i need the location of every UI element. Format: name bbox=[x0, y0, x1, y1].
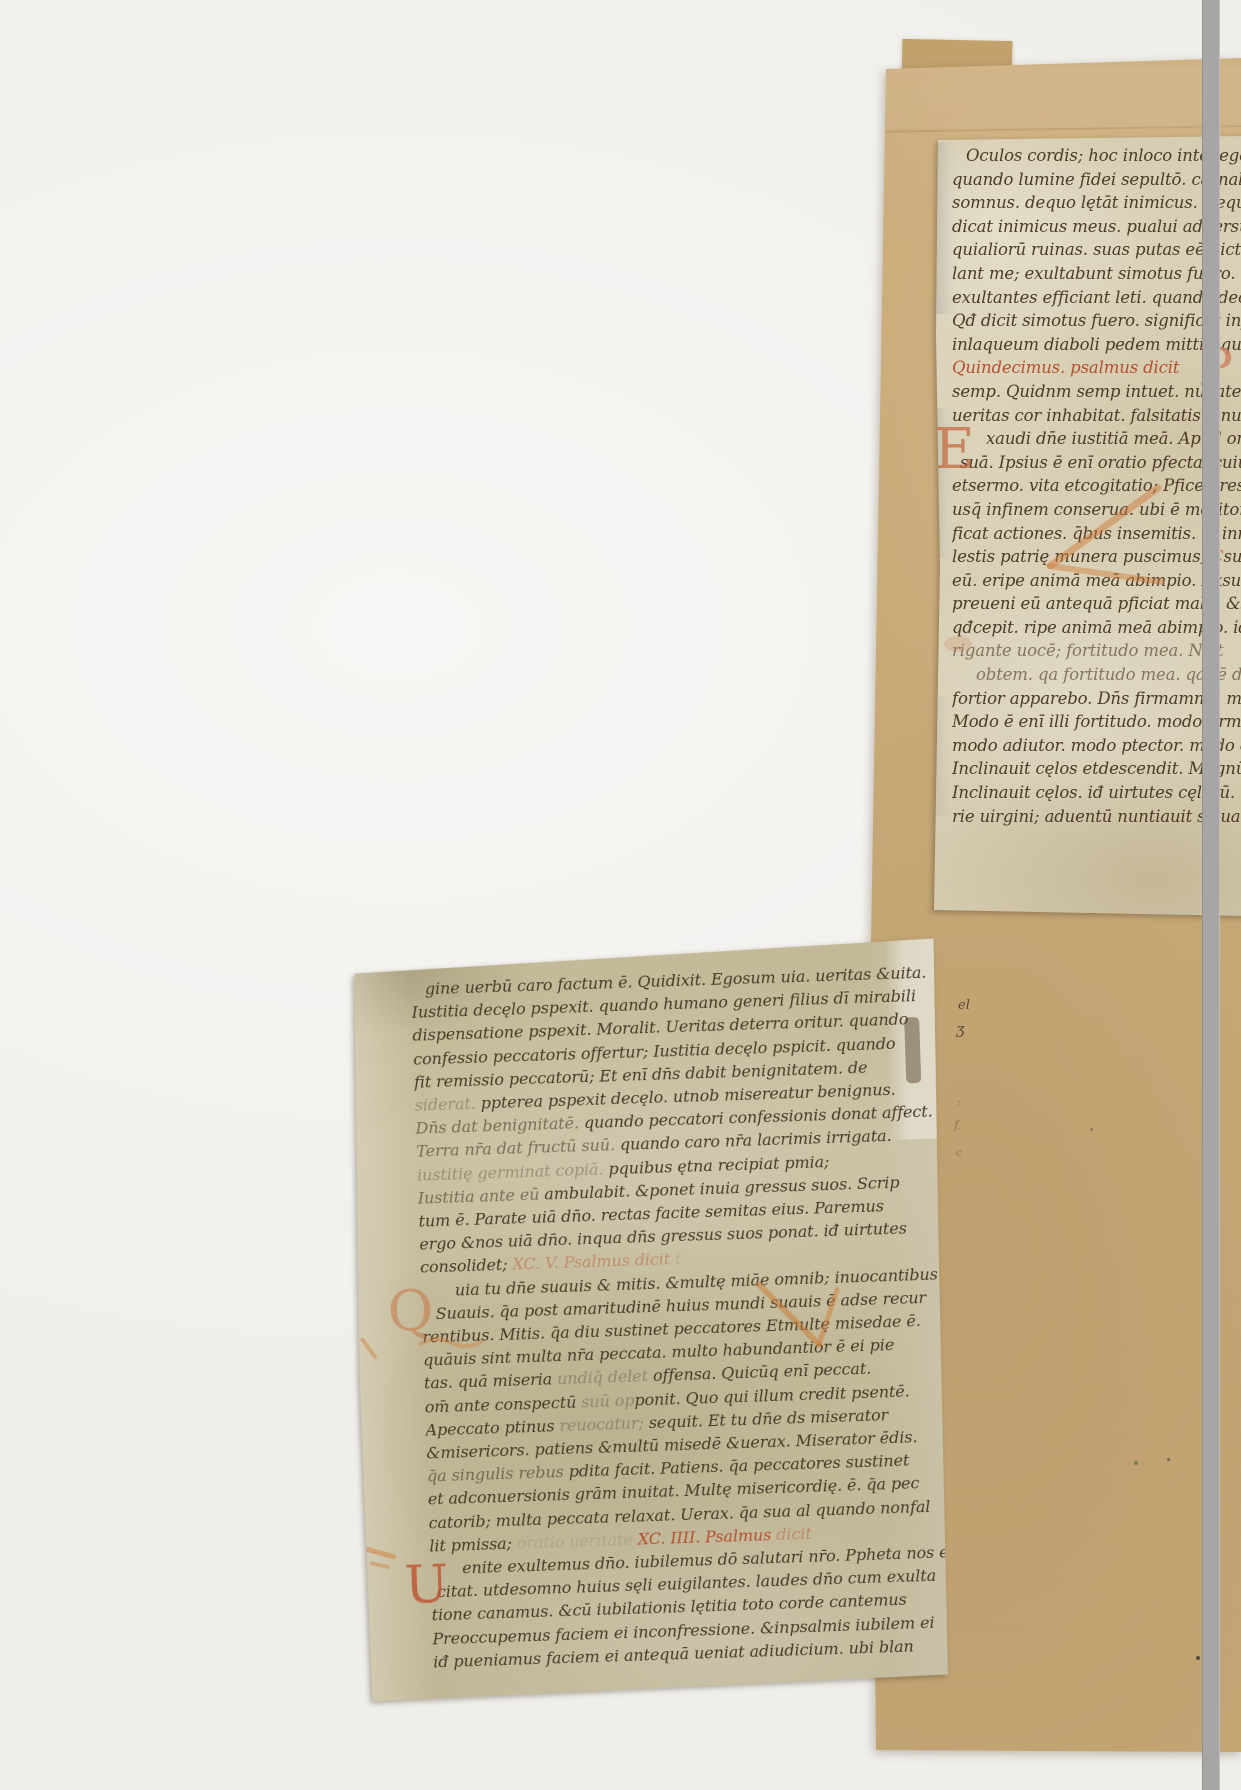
text-segment: Oculos cordis; hoc inloco intellegere de… bbox=[966, 146, 1241, 165]
text-segment: dicat inimicus meus. pualui aduersus eū … bbox=[952, 217, 1241, 236]
manuscript-text-line: Modo ē enī illi fortitudo. modo firmamnt… bbox=[952, 710, 1241, 734]
parchment-surface: gine uerbū caro factum ē. Quidixit. Egos… bbox=[346, 938, 958, 1701]
text-segment: Modo ē enī illi fortitudo. modo firmamnt… bbox=[952, 712, 1241, 731]
text-segment: eū. eripe animā meā abimpio. Exsurge c bbox=[952, 571, 1241, 590]
text-segment: undiq̄ delet bbox=[557, 1366, 653, 1388]
manuscript-text-line: quialiorū ruinas. suas putas eē uictoria… bbox=[952, 238, 1241, 262]
text-segment: somnus. dequo lętāt inimicus. Dequo inim… bbox=[952, 193, 1241, 212]
text-segment: t bbox=[670, 1249, 682, 1268]
text-segment: exultantes efficiant leti. quando decept… bbox=[952, 288, 1241, 307]
manuscript-text-line: somnus. dequo lętāt inimicus. Dequo inim… bbox=[952, 191, 1241, 215]
text-segment: Dn̄s dat benignitatē. bbox=[415, 1113, 584, 1138]
text-segment: suū op bbox=[581, 1390, 635, 1411]
folder-gloss-mark: : bbox=[957, 1096, 961, 1109]
text-segment: ficat actiones. q̄bus insemitis. iđ inma… bbox=[952, 524, 1241, 543]
orange-pen-stroke bbox=[372, 1563, 388, 1568]
manuscript-text-line: dicat inimicus meus. pualui aduersus eū … bbox=[952, 215, 1241, 239]
text-segment: quialiorū ruinas. suas putas eē uictoria… bbox=[952, 240, 1241, 259]
manuscript-text-line: eū. eripe animā meā abimpio. Exsurge c bbox=[952, 569, 1241, 593]
text-segment: tas. quā miseria bbox=[424, 1370, 558, 1393]
folder-gloss-mark: c bbox=[956, 1146, 962, 1159]
manuscript-leaf-lower: gine uerbū caro factum ē. Quidixit. Egos… bbox=[346, 938, 958, 1701]
manuscript-text-line: lestis patrię munera puscimus; Csurge bbox=[952, 545, 1241, 569]
paper-speck bbox=[1196, 1656, 1200, 1660]
text-segment: oratio ueritate bbox=[512, 1529, 639, 1552]
photo-backdrop: { "photo": { "background_color": "#f4f3f… bbox=[0, 0, 1241, 1790]
text-segment: q̄a singulis rebus bbox=[427, 1462, 569, 1486]
orange-pen-stroke bbox=[362, 1339, 375, 1357]
manuscript-text-line: exultantes efficiant leti. quando decept… bbox=[952, 286, 1241, 310]
paper-speck bbox=[1134, 1461, 1138, 1465]
text-segment: lit pmissa; bbox=[429, 1534, 512, 1556]
orange-pen-stroke bbox=[367, 1549, 393, 1558]
text-segment: modo adiutor. modo ptector. modo cornu bbox=[952, 736, 1241, 755]
manuscript-text-line: modo adiutor. modo ptector. modo cornu bbox=[952, 734, 1241, 758]
manuscript-page-top: Oculos cordis; hoc inloco intellegere de… bbox=[930, 136, 1241, 916]
manuscript-text-line: Qđ dicit simotus fuero. significat infid… bbox=[952, 309, 1241, 333]
text-segment: Qđ dicit simotus fuero. significat infid… bbox=[952, 311, 1241, 330]
manuscript-text-line: suā. Ipsius ē enī oratio pfecta. cuius e… bbox=[952, 451, 1241, 475]
text-segment: consolidet; bbox=[420, 1255, 513, 1277]
text-segment: Quindecimus. psalmus dicit bbox=[952, 358, 1179, 377]
text-segment: Apeccato ptinus bbox=[425, 1416, 560, 1439]
manuscript-text-line: ficat actiones. q̄bus insemitis. iđ inma… bbox=[952, 522, 1241, 546]
text-segment: fortior apparebo. Dn̄s firmamntū meū &re bbox=[952, 689, 1241, 708]
text-segment: suā. Ipsius ē enī oratio pfecta. cuius e… bbox=[960, 453, 1241, 472]
text-segment: Inclinauit cęlos. iđ uirtutes cęlorū. qu… bbox=[952, 783, 1241, 802]
folder-gloss-mark: f. bbox=[954, 1118, 962, 1132]
folder-top-band bbox=[878, 66, 1241, 128]
manuscript-text-line: quando lumine fidei sepultō. carnali del… bbox=[952, 168, 1241, 192]
manuscript-text-line: Inclinauit cęlos etdescendit. Magnū sacr… bbox=[952, 757, 1241, 781]
rubric-initial-U: U bbox=[404, 1559, 450, 1612]
manuscript-text-line: preueni eū antequā pficiat malū; &subpl bbox=[952, 592, 1241, 616]
text-column: Oculos cordis; hoc inloco intellegere de… bbox=[952, 144, 1241, 828]
manuscript-text-line: qđcepit. ripe animā meā abimpio. iđ ad bbox=[952, 616, 1241, 640]
manuscript-text-line: Oculos cordis; hoc inloco intellegere de… bbox=[952, 144, 1241, 168]
manuscript-text-line: usq̄ infinem conserua. ubi ē meritorū pf… bbox=[952, 498, 1241, 522]
text-segment: siderat. bbox=[414, 1094, 481, 1115]
text-segment: reuocatur; bbox=[559, 1413, 649, 1435]
text-segment: qđcepit. ripe animā meā abimpio. iđ ad bbox=[952, 618, 1241, 637]
manuscript-text-line: Inclinauit cęlos. iđ uirtutes cęlorū. qu… bbox=[952, 781, 1241, 805]
text-column: gine uerbū caro factum ē. Quidixit. Egos… bbox=[411, 961, 954, 1674]
edge-damage-patch bbox=[930, 696, 948, 816]
text-segment: preueni eū antequā pficiat malū; &subpl bbox=[952, 594, 1241, 613]
text-segment: surge bbox=[1224, 547, 1241, 566]
text-segment: om̄ ante conspectū bbox=[424, 1392, 581, 1416]
manuscript-text-line: etsermo. vita etcogitatio; Pfice gressus… bbox=[952, 474, 1241, 498]
rubric-initial-E: E bbox=[934, 422, 975, 478]
text-segment: quando lumine fidei sepultō. carnali del… bbox=[952, 170, 1241, 189]
text-segment: dicit bbox=[771, 1524, 812, 1544]
manuscript-text-line: obtem. qa fortitudo mea. qa tē dor bbox=[952, 663, 1241, 687]
parchment-surface: Oculos cordis; hoc inloco intellegere de… bbox=[930, 136, 1241, 916]
text-segment: XC. V. Psalmus dicit bbox=[512, 1250, 670, 1274]
rubric-initial-Q: Q bbox=[387, 1283, 435, 1340]
text-segment: XC. IIII. Psalmus bbox=[637, 1525, 771, 1548]
manuscript-text-line: lant me; exultabunt simotus fuero. Talis… bbox=[952, 262, 1241, 286]
manuscript-text-line: xaudi dn̄e iustitiā meā. Apud om̄ ce bbox=[952, 427, 1241, 451]
scrollbar-track[interactable] bbox=[1202, 0, 1220, 1790]
text-segment: lestis patrię munera puscimus; bbox=[952, 547, 1211, 566]
folder-gloss-mark: ʒ bbox=[956, 1020, 964, 1038]
manuscript-text-line: rigante uocē; fortitudo mea. N. it bbox=[952, 639, 1241, 663]
text-segment: etsermo. vita etcogitatio; Pfice gressus… bbox=[952, 476, 1241, 495]
text-segment: ueritas cor inhabitat. falsitatis ianuam… bbox=[952, 406, 1241, 425]
manuscript-text-line: rie uirgini; aduentū nuntiauit saluat bbox=[952, 805, 1241, 829]
text-segment: rigante uocē; fortitudo mea. N. it bbox=[952, 641, 1223, 660]
manuscript-text-line: fortior apparebo. Dn̄s firmamntū meū &re bbox=[952, 687, 1241, 711]
paper-speck bbox=[1090, 1128, 1093, 1131]
text-segment: Iustitia ante eū bbox=[418, 1184, 545, 1207]
text-segment: rie uirgini; aduentū nuntiauit saluat bbox=[952, 807, 1241, 826]
text-segment: usq̄ infinem conserua. ubi ē meritorū pf… bbox=[952, 500, 1241, 519]
paper-speck bbox=[1167, 1458, 1170, 1461]
manuscript-text-line: ueritas cor inhabitat. falsitatis ianuam… bbox=[952, 404, 1241, 428]
text-segment: lant me; exultabunt simotus fuero. Talis… bbox=[952, 264, 1241, 283]
folder-gloss-mark: el bbox=[958, 998, 970, 1013]
text-segment: Inclinauit cęlos etdescendit. Magnū sacr… bbox=[952, 759, 1241, 778]
